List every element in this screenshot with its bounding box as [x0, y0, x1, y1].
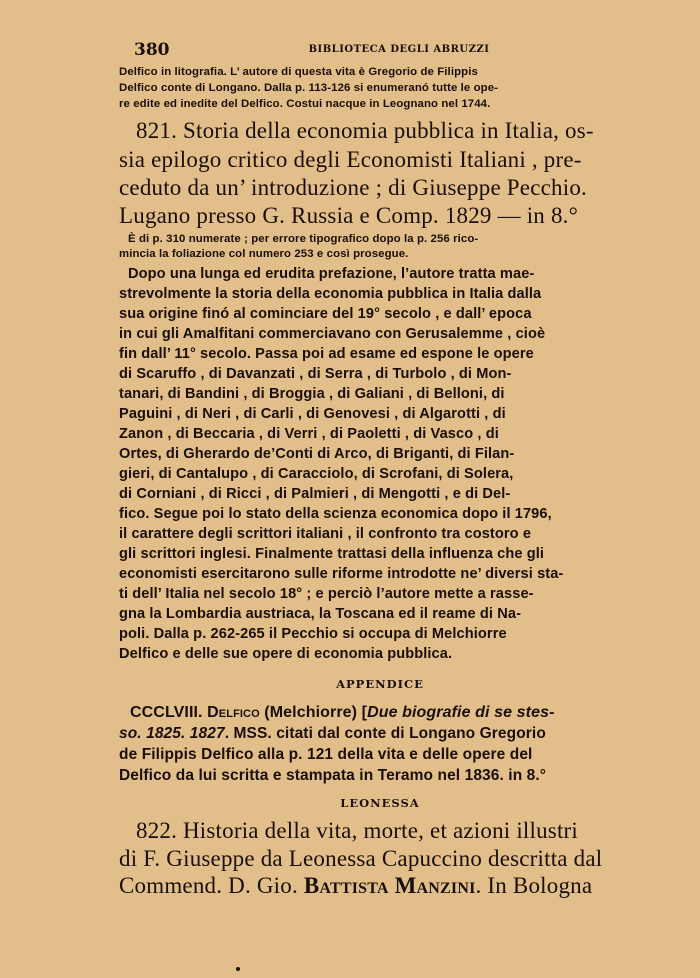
entry-text: . In Bologna [476, 873, 593, 898]
description-line: Ortes, di Gherardo de’Conti di Arco, di … [119, 446, 514, 462]
section-heading-appendice: APPENDICE [0, 677, 700, 691]
book-page: 380 BIBLIOTECA DEGLI ABRUZZI Delfico in … [0, 0, 700, 978]
text-line: Delfico conte di Longano. Dalla p. 113-1… [119, 82, 498, 94]
entry-text: Commend. D. Gio. [119, 873, 304, 898]
description-line: strevolmente la storia della economia pu… [119, 286, 541, 302]
description-line: sua origine finó al cominciare del 19° s… [119, 306, 532, 322]
description-line: Paguini , di Neri , di Carli , di Genove… [119, 406, 506, 422]
description-line: gli scrittori inglesi. Finalmente tratta… [119, 546, 544, 562]
entry-line: Delfico da lui scritta e stampata in Ter… [119, 767, 546, 785]
text-line: Delfico in litografia. L’ autore di ques… [119, 66, 478, 78]
description-line: poli. Dalla p. 262-265 il Pecchio si occ… [119, 626, 507, 642]
running-title: BIBLIOTECA DEGLI ABRUZZI [134, 44, 624, 55]
entry-text: . MSS. citati dal conte di Longano Grego… [225, 725, 546, 742]
description-line: fin dall’ 11° secolo. Passa poi ad esame… [119, 346, 534, 362]
description-line: fico. Segue poi lo stato della scienza e… [119, 506, 552, 522]
page-header: 380 BIBLIOTECA DEGLI ABRUZZI [134, 40, 624, 64]
text-line: re edite ed inedite del Delfico. Costui … [119, 98, 490, 110]
bibliographic-note: mincia la foliazione col numero 253 e co… [119, 248, 408, 260]
description-line: il carattere degli scrittori italiani , … [119, 526, 531, 542]
description-line: in cui gli Amalfitani commerciavano con … [119, 326, 545, 342]
description-line: gna la Lombardia austriaca, la Toscana e… [119, 606, 521, 622]
entry-line: CCCLVIII. Delfico (Melchiorre) [Due biog… [130, 704, 555, 722]
description-line: di Corniani , di Ricci , di Palmieri , d… [119, 486, 510, 502]
entry-line: so. 1825. 1827. MSS. citati dal conte di… [119, 725, 546, 743]
entry-title-line: sia epilogo critico degli Economisti Ita… [119, 147, 582, 173]
entry-title-line: Lugano presso G. Russia e Comp. 1829 — i… [119, 203, 578, 229]
entry-author-given: (Melchiorre) [264, 704, 357, 721]
description-line: Dopo una lunga ed erudita prefazione, l’… [128, 266, 534, 282]
description-line: ti dell’ Italia nel secolo 18° ; e perci… [119, 586, 534, 602]
entry-title-line: 821. Storia della economia pubblica in I… [136, 118, 594, 144]
entry-title-line: ceduto da un’ introduzione ; di Giuseppe… [119, 175, 587, 201]
description-line: tanari, di Bandini , di Broggia , di Gal… [119, 386, 505, 402]
bibliographic-note: È di p. 310 numerate ; per errore tipogr… [128, 233, 478, 245]
ink-speck [236, 967, 240, 971]
description-line: Zanon , di Beccaria , di Verri , di Paol… [119, 426, 499, 442]
description-line: economisti esercitarono sulle riforme in… [119, 566, 563, 582]
entry-dates: so. 1825. 1827 [119, 725, 225, 742]
entry-title-line: 822. Historia della vita, morte, et azio… [136, 818, 578, 844]
entry-number: CCCLVIII. [130, 704, 203, 721]
description-line: Delfico e delle sue opere di economia pu… [119, 646, 452, 662]
entry-title-line: Commend. D. Gio. Battista Manzini. In Bo… [119, 873, 592, 899]
entry-line: de Filippis Delfico alla p. 121 della vi… [119, 746, 532, 764]
entry-title: Due biografie di se stes- [367, 704, 554, 721]
entry-author: Delfico [207, 704, 260, 721]
description-line: di Scaruffo , di Davanzati , di Serra , … [119, 366, 512, 382]
entry-author: Battista Manzini [304, 873, 476, 898]
section-heading-leonessa: LEONESSA [0, 796, 700, 810]
entry-title-line: di F. Giuseppe da Leonessa Capuccino des… [119, 846, 602, 872]
description-line: gieri, di Cantalupo , di Caracciolo, di … [119, 466, 513, 482]
